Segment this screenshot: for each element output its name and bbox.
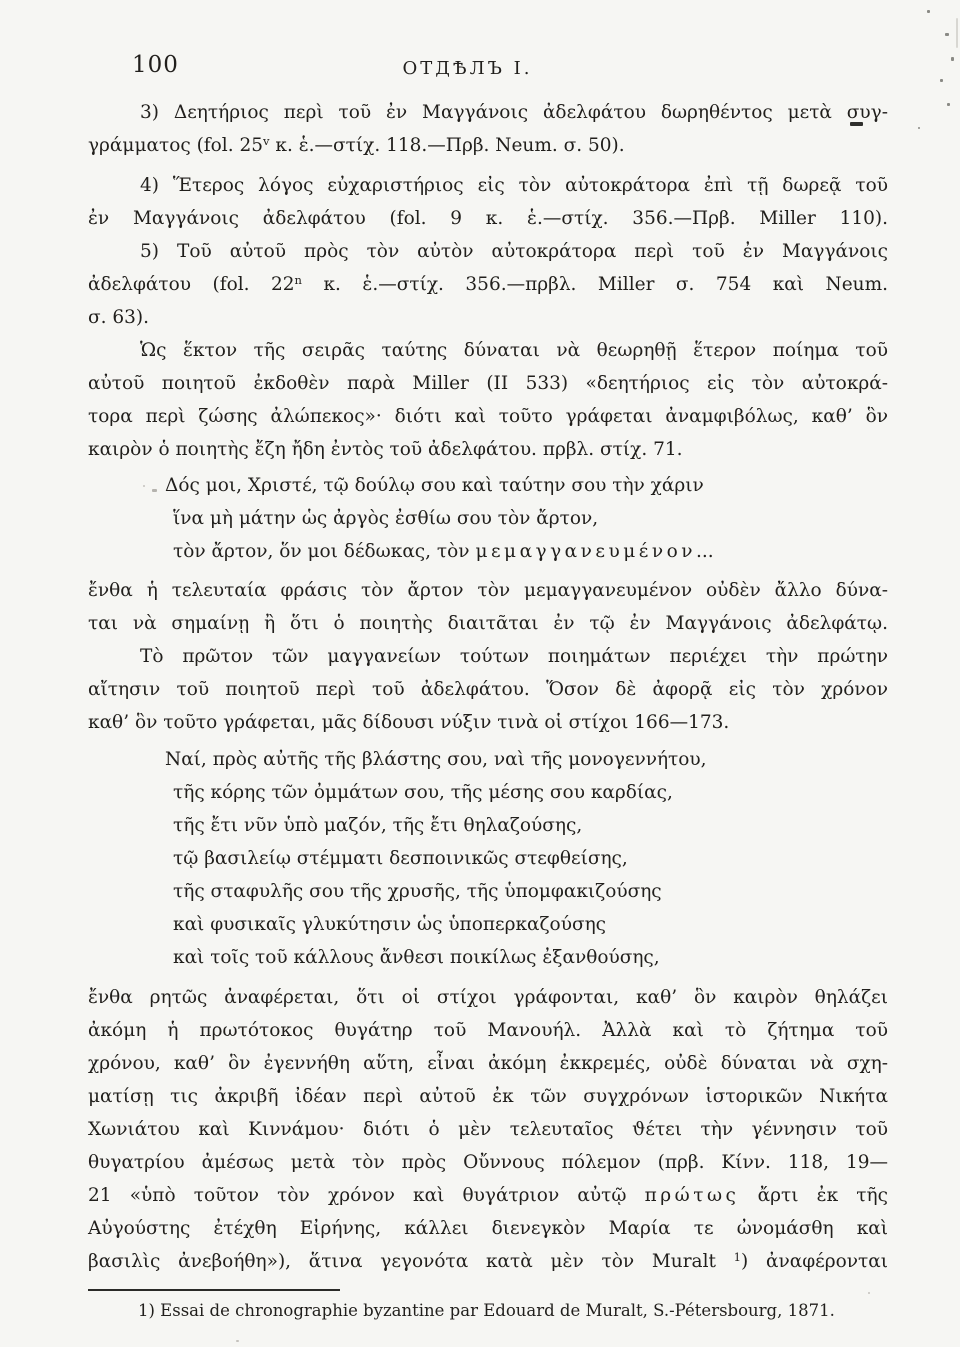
para4-line4: ματίσῃ τις ἀκριβῆ ἰδέαν περὶ αὐτοῦ ἐκ τῶ…: [88, 1080, 888, 1113]
item3-line2: γράμματος (fol. 25v κ. ἑ.—στίχ. 118.—Πρβ…: [88, 129, 888, 162]
text-segment: κ. ἑ.—στίχ. 356.—πρβλ. Miller σ. 754 καὶ…: [302, 274, 888, 295]
verse2-line7: καὶ τοῖς τοῦ κάλλους ἄνθεσι ποικίλως ἐξα…: [88, 941, 888, 974]
folio-superscript: n: [295, 273, 302, 287]
scan-speck: [143, 485, 145, 487]
scan-speck: [918, 127, 920, 129]
para3-line3: καθ’ ὃν τοῦτο γράφεται, μᾶς δίδουσι νύξι…: [88, 706, 888, 739]
scan-streak: [956, 18, 958, 48]
para3-line1: Τὸ πρῶτον τῶν μαγγανείων τούτων ποιημάτω…: [88, 640, 888, 673]
verse2-line2: τῆς κόρης τῶν ὀμμάτων σου, τῆς μέσης σου…: [88, 776, 888, 809]
verse2-line4: τῷ βασιλείῳ στέμματι δεσποινικῶς στεφθεί…: [88, 842, 888, 875]
scan-speck: [945, 33, 949, 36]
scan-speck: [940, 79, 943, 82]
item3-line1: 3) Δεητήριος περὶ τοῦ ἐν Μαγγάνοις ἀδελφ…: [88, 96, 888, 129]
para4-line8: Αὐγούστης ἐτέχθη Εἰρήνης, κάλλει διενεγκ…: [88, 1212, 888, 1245]
scan-speck: [236, 1340, 239, 1342]
verse1-line1: Δός μοι, Χριστέ, τῷ δούλῳ σου καὶ ταύτην…: [88, 469, 888, 502]
para2-line1: ἔνθα ἡ τελευταία φράσις τὸν ἄρτον τὸν με…: [88, 574, 888, 607]
text-segment: 21 «ὑπὸ τοῦτον τὸν χρόνον καὶ θυγάτριον …: [88, 1185, 645, 1206]
scan-speck: [951, 57, 954, 61]
para1-line4: καιρὸν ὁ ποιητὴς ἔζη ἤδη ἐντὸς τοῦ ἀδελφ…: [88, 433, 888, 466]
para4-line2: ἀκόμη ἡ πρωτότοκος θυγάτηρ τοῦ Μανουήλ. …: [88, 1014, 888, 1047]
verse2-line6: καὶ φυσικαῖς γλυκύτησιν ὡς ὑποπερκαζούση…: [88, 908, 888, 941]
scan-speck: [947, 103, 950, 106]
para4-line3: χρόνου, καθ’ ὃν ἐγεννήθη αὕτη, εἶναι ἀκό…: [88, 1047, 888, 1080]
item5-line3: σ. 63).: [88, 301, 888, 334]
footnote-rule: [88, 1289, 340, 1291]
text-segment: ...: [696, 541, 714, 562]
para4-line9: βασιλὶς ἀνεβοήθη»), ἅτινα γεγονότα κατὰ …: [88, 1245, 888, 1278]
text-segment: τὸν ἄρτον, ὅν μοι δέδωκας, τὸν: [173, 541, 475, 562]
verse2-line1: Ναί, πρὸς αὐτῆς τῆς βλάστης σου, ναὶ τῆς…: [88, 743, 888, 776]
scan-speck: [868, 1292, 870, 1294]
text-segment: βασιλὶς ἀνεβοήθη»), ἅτινα γεγονότα κατὰ …: [88, 1251, 734, 1272]
para1-line1: Ὡς ἕκτον τῆς σειρᾶς ταύτης δύναται νὰ θε…: [88, 334, 888, 367]
para4-line6: θυγατρίου ἀμέσως μετὰ τὸν πρὸς Οὔννους π…: [88, 1146, 888, 1179]
scan-speck: [927, 10, 930, 13]
verse1-line3: τὸν ἄρτον, ὅν μοι δέδωκας, τὸν μεμαγγανε…: [88, 535, 888, 568]
item5-line2: ἀδελφάτου (fol. 22n κ. ἑ.—στίχ. 356.—πρβ…: [88, 268, 888, 301]
verse2-line5: τῆς σταφυλῆς σου τῆς χρυσῆς, τῆς ὑπομφακ…: [88, 875, 888, 908]
scanned-page: 100 ОТДѢЛЪ I. 3) Δεητήριος περὶ τοῦ ἐν Μ…: [0, 0, 960, 1347]
verse2-line3: τῆς ἔτι νῦν ὑπὸ μαζόν, τῆς ἔτι θηλαζούση…: [88, 809, 888, 842]
text-segment: ἄρτι ἐκ τῆς: [739, 1185, 888, 1206]
running-header: ОТДѢЛЪ I.: [0, 58, 935, 79]
item4-line2: ἐν Μαγγάνοις ἀδελφάτου (fol. 9 κ. ἑ.—στί…: [88, 202, 888, 235]
scan-speck: [152, 489, 157, 492]
text-segment: ) ἀναφέρονται: [741, 1251, 888, 1272]
text-segment: γράμματος (fol. 25: [88, 135, 263, 156]
text-column: 3) Δεητήριος περὶ τοῦ ἐν Μαγγάνοις ἀδελφ…: [88, 96, 888, 1278]
para4-line7: 21 «ὑπὸ τοῦτον τὸν χρόνον καὶ θυγάτριον …: [88, 1179, 888, 1212]
para2-line2: ται νὰ σημαίνῃ ἢ ὅτι ὁ ποιητὴς διαιτᾶται…: [88, 607, 888, 640]
para4-line5: Χωνιάτου καὶ Κιννάμου· διότι ὁ μὲν τελευ…: [88, 1113, 888, 1146]
footnote-ref-superscript: 1: [734, 1250, 741, 1264]
text-segment: ἀδελφάτου (fol. 22: [88, 274, 295, 295]
footnote: 1) Essai de chronographie byzantine par …: [88, 1298, 900, 1324]
verse1-line2: ἵνα μὴ μάτην ὡς ἀργὸς ἐσθίω σου τὸν ἄρτο…: [88, 502, 888, 535]
item5-line1: 5) Τοῦ αὐτοῦ πρὸς τὸν αὐτὸν αὐτοκράτορα …: [88, 235, 888, 268]
para3-line2: αἴτησιν τοῦ ποιητοῦ περὶ τοῦ ἀδελφάτου. …: [88, 673, 888, 706]
text-segment: κ. ἑ.—στίχ. 118.—Πρβ. Neum. σ. 50).: [270, 135, 625, 156]
letterspaced-word: πρώτως: [645, 1185, 740, 1206]
letterspaced-word: μεμαγγανευμένον: [475, 541, 696, 562]
para1-line2: αὐτοῦ ποιητοῦ ἐκδοθὲν παρὰ Miller (II 53…: [88, 367, 888, 400]
para4-line1: ἔνθα ρητῶς ἀναφέρεται, ὅτι οἱ στίχοι γρά…: [88, 981, 888, 1014]
para1-line3: τορα περὶ ζώσης ἀλώπεκος»· διότι καὶ τοῦ…: [88, 400, 888, 433]
item4-line1: 4) Ἕτερος λόγος εὐχαριστήριος εἰς τὸν αὐ…: [88, 169, 888, 202]
scan-dash: [850, 122, 863, 126]
